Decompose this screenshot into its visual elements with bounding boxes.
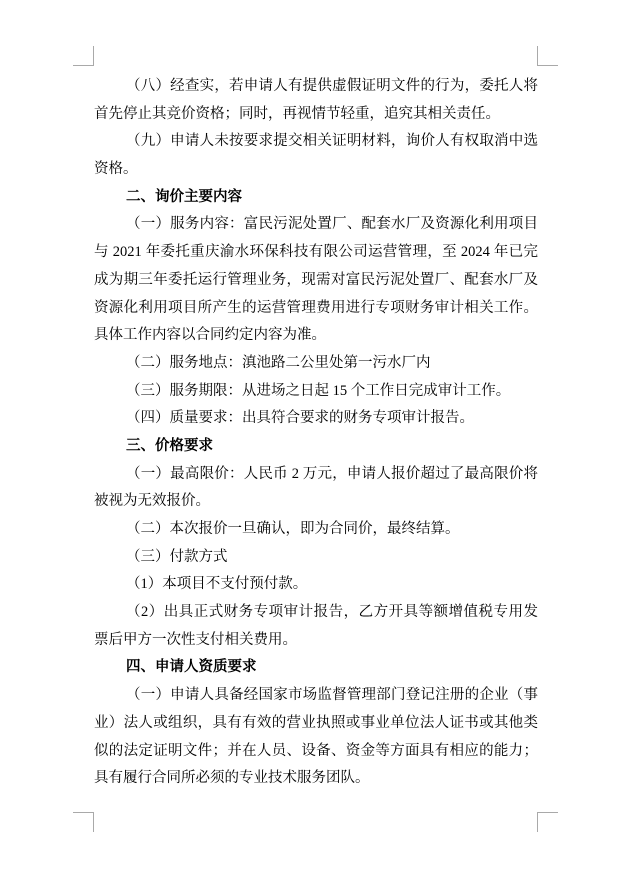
body-line: （一）服务内容：富民污泥处置厂、配套水厂及资源化利用项目 [94, 211, 538, 239]
document-text: （八）经查实，若申请人有提供虚假证明文件的行为，委托人将首先停止其竞价资格；同时… [94, 73, 538, 793]
body-line: （三）服务期限：从进场之日起 15 个工作日完成审计工作。 [94, 378, 538, 406]
crop-mark-bottom-left-icon [73, 812, 94, 832]
crop-mark-bottom-right-icon [537, 812, 558, 832]
body-line: （八）经查实，若申请人有提供虚假证明文件的行为，委托人将 [94, 73, 538, 101]
body-line: （1）本项目不支付预付款。 [94, 571, 538, 599]
body-line: 具有履行合同所必须的专业技术服务团队。 [94, 765, 538, 793]
crop-mark-top-left-icon [73, 46, 94, 66]
crop-mark-top-right-icon [537, 46, 558, 66]
document-page: （八）经查实，若申请人有提供虚假证明文件的行为，委托人将首先停止其竞价资格；同时… [0, 0, 625, 876]
body-line: 资格。 [94, 156, 538, 184]
body-line: 票后甲方一次性支付相关费用。 [94, 627, 538, 655]
heading-line: 二、询价主要内容 [94, 184, 538, 212]
body-line: 与 2021 年委托重庆渝水环保科技有限公司运营管理，至 2024 年已完 [94, 239, 538, 267]
body-line: （一）最高限价：人民币 2 万元，申请人报价超过了最高限价将 [94, 461, 538, 489]
body-line: （三）付款方式 [94, 544, 538, 572]
body-line: 被视为无效报价。 [94, 488, 538, 516]
body-line: 业）法人或组织，具有有效的营业执照或事业单位法人证书或其他类 [94, 710, 538, 738]
body-line: （一）申请人具备经国家市场监督管理部门登记注册的企业（事 [94, 682, 538, 710]
body-line: 似的法定证明文件；并在人员、设备、资金等方面具有相应的能力； [94, 738, 538, 766]
heading-line: 四、申请人资质要求 [94, 654, 538, 682]
body-line: 资源化利用项目所产生的运营管理费用进行专项财务审计相关工作。 [94, 295, 538, 323]
body-line: （九）申请人未按要求提交相关证明材料，询价人有权取消中选 [94, 128, 538, 156]
body-line: （四）质量要求：出具符合要求的财务专项审计报告。 [94, 405, 538, 433]
body-line: （二）服务地点：滇池路二公里处第一污水厂内 [94, 350, 538, 378]
heading-line: 三、价格要求 [94, 433, 538, 461]
body-line: 具体工作内容以合同约定内容为准。 [94, 322, 538, 350]
body-line: 成为期三年委托运行管理业务，现需对富民污泥处置厂、配套水厂及 [94, 267, 538, 295]
body-line: （2）出具正式财务专项审计报告，乙方开具等额增值税专用发 [94, 599, 538, 627]
body-line: 首先停止其竞价资格；同时，再视情节轻重，追究其相关责任。 [94, 101, 538, 129]
body-line: （二）本次报价一旦确认，即为合同价，最终结算。 [94, 516, 538, 544]
